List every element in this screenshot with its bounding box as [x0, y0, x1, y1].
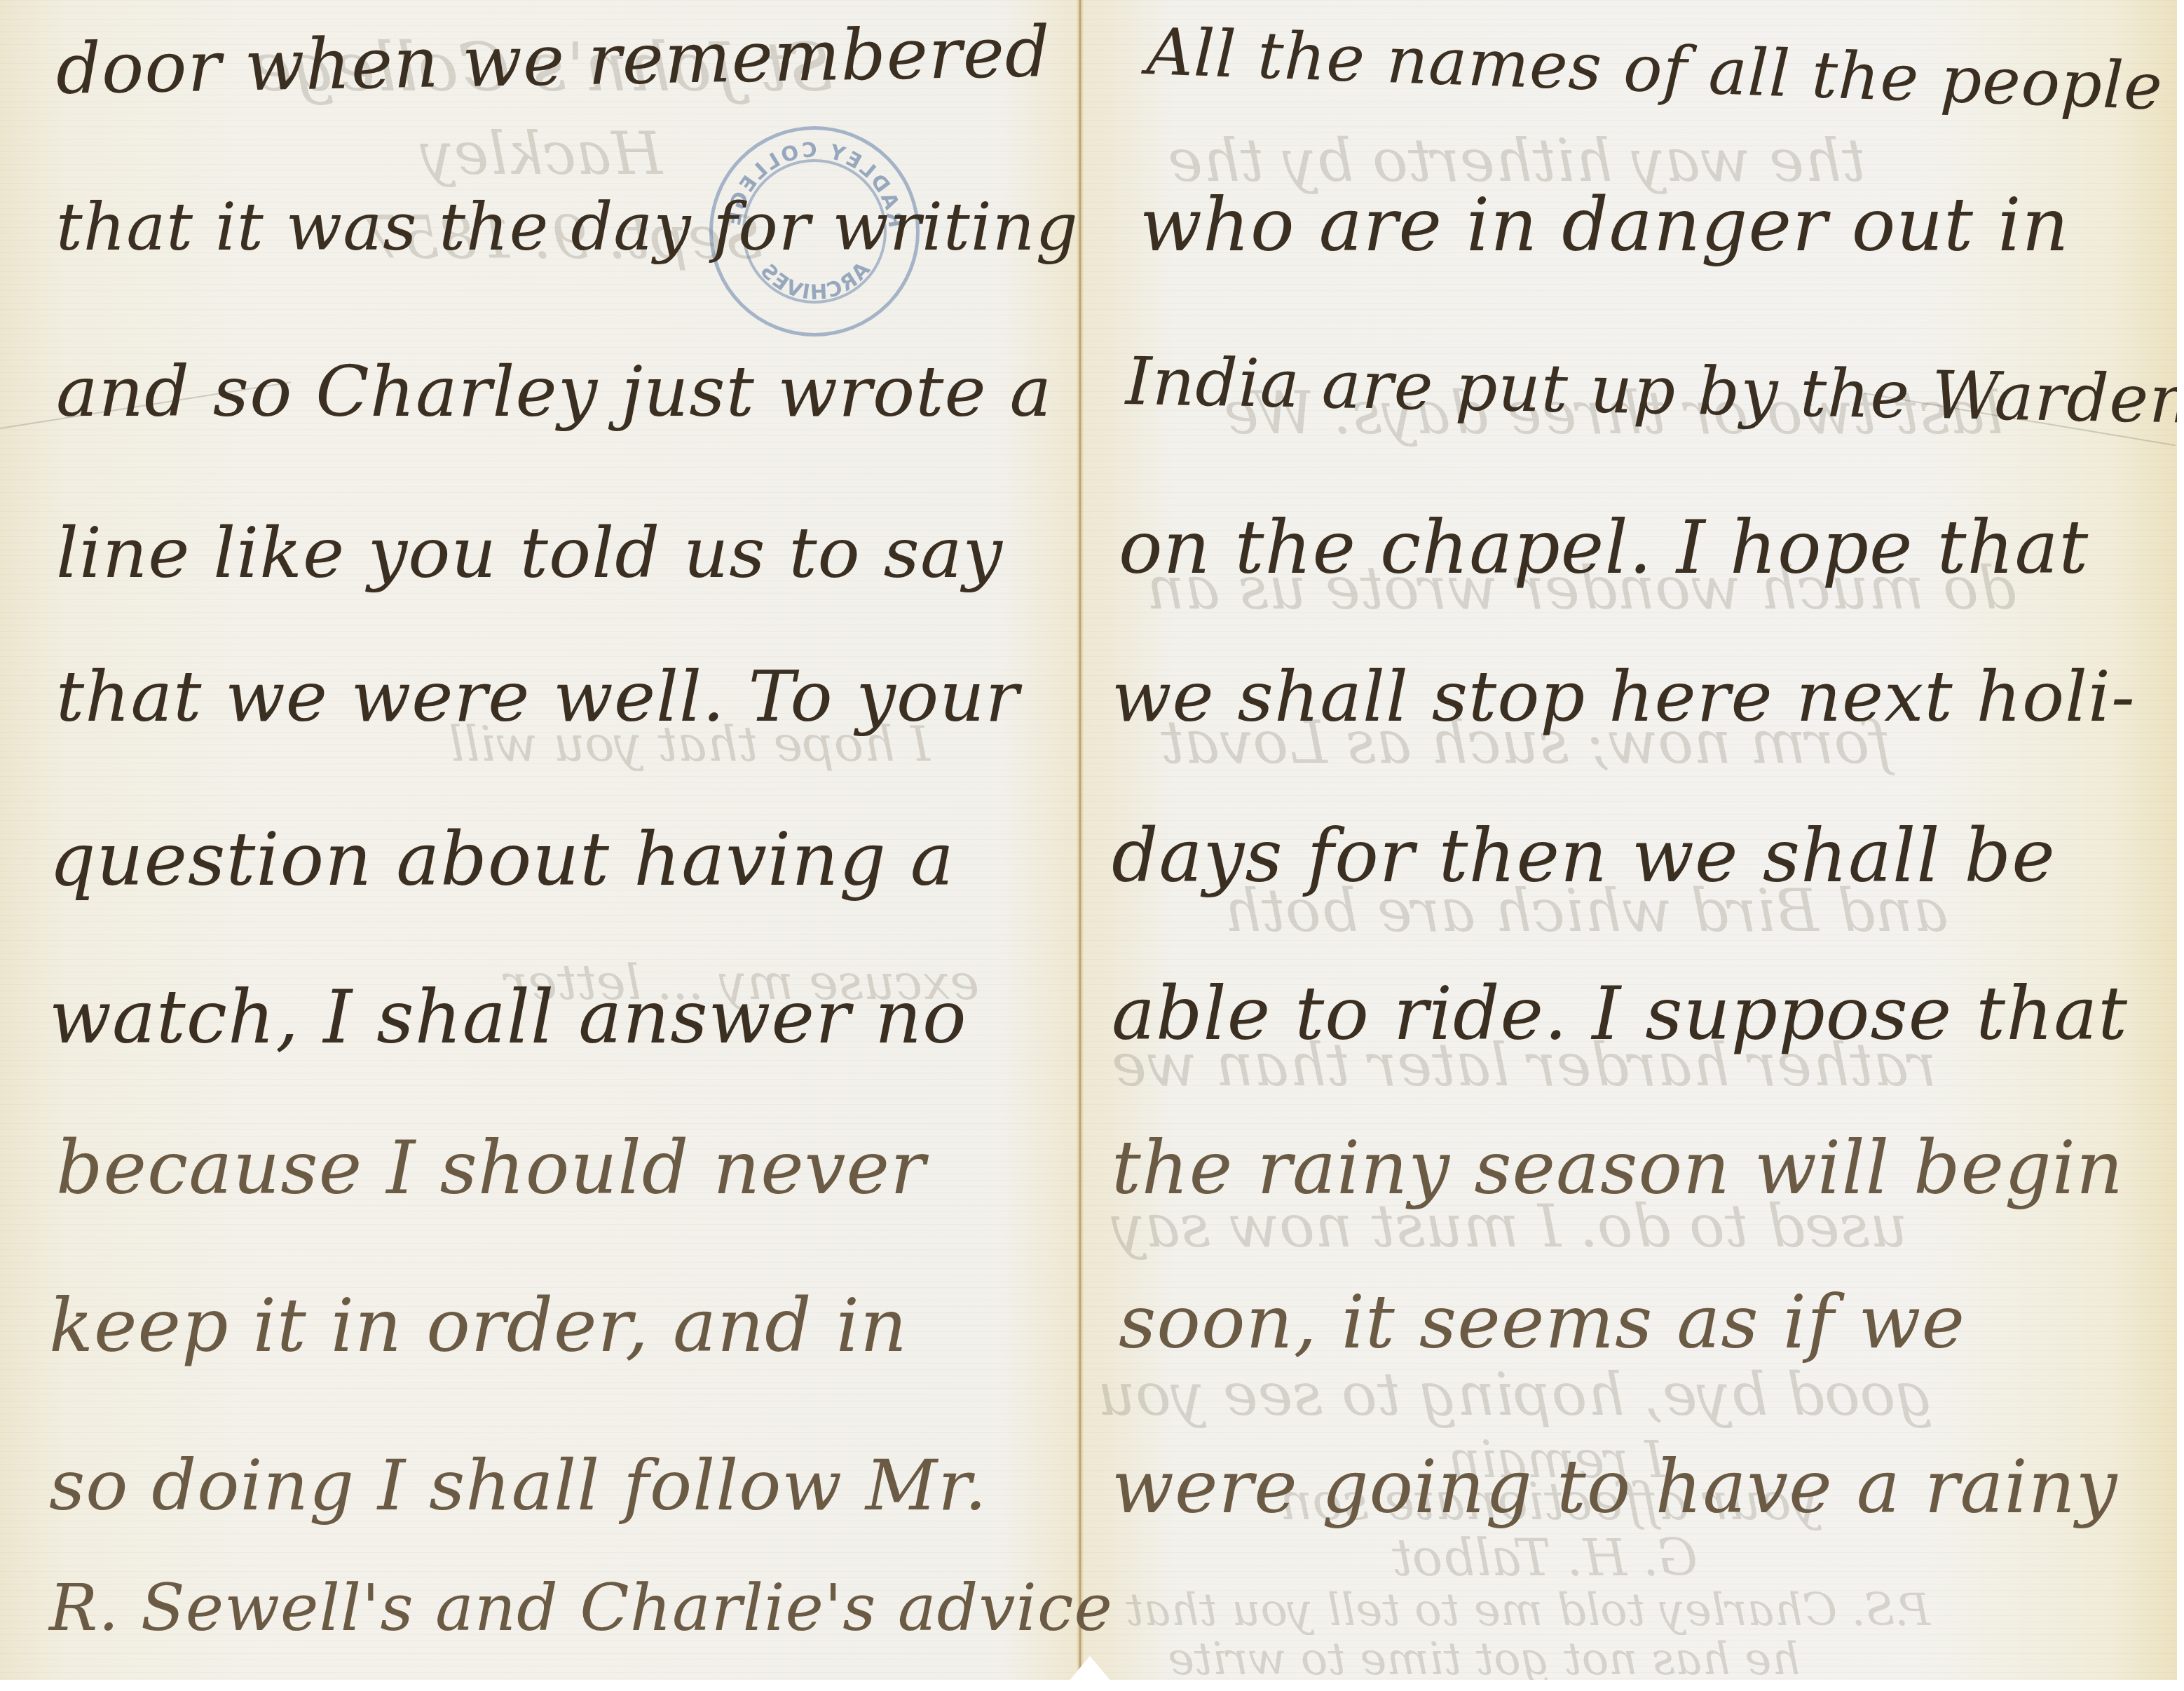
- letter-line: who are in danger out in: [1140, 182, 2069, 268]
- letter-line: keep it in order, and in: [49, 1283, 908, 1369]
- letter-line: we shall stop here next holi-: [1112, 656, 2136, 738]
- letter-line: line like you told us to say: [56, 512, 1003, 594]
- letter-line: days for then we shall be: [1112, 813, 2056, 899]
- letter-line: because I should never: [56, 1125, 926, 1211]
- letter-line: R. Sewell's and Charlie's advice: [49, 1570, 1113, 1645]
- letter-line: so doing I shall follow Mr.: [49, 1444, 988, 1526]
- letter-line: and so Charley just wrote a: [56, 351, 1052, 433]
- letter-line: on the chapel. I hope that: [1119, 505, 2089, 590]
- letter-line: were going to have a rainy: [1112, 1444, 2118, 1530]
- letter-line: question about having a: [49, 817, 955, 902]
- letter-line: that we were well. To your: [56, 656, 1019, 738]
- letter-paper: St John's College Hackley Sept. 9. 1857 …: [0, 0, 2177, 1680]
- letter-line: able to ride. I suppose that: [1112, 971, 2128, 1057]
- letter-line: All the names of all the people: [1145, 14, 2164, 125]
- letter-line: watch, I shall answer no: [49, 974, 967, 1060]
- letter-line: India are put up by the Warden: [1125, 344, 2177, 439]
- right-page: All the names of all the people who are …: [1084, 0, 2177, 1680]
- left-page: door when we remembered that it was the …: [0, 0, 1077, 1680]
- letter-line: soon, it seems as if we: [1119, 1279, 1965, 1365]
- letter-line: that it was the day for writing: [56, 189, 1079, 266]
- letter-line: the rainy season will begin: [1112, 1125, 2124, 1211]
- letter-line: door when we remembered: [55, 11, 1051, 110]
